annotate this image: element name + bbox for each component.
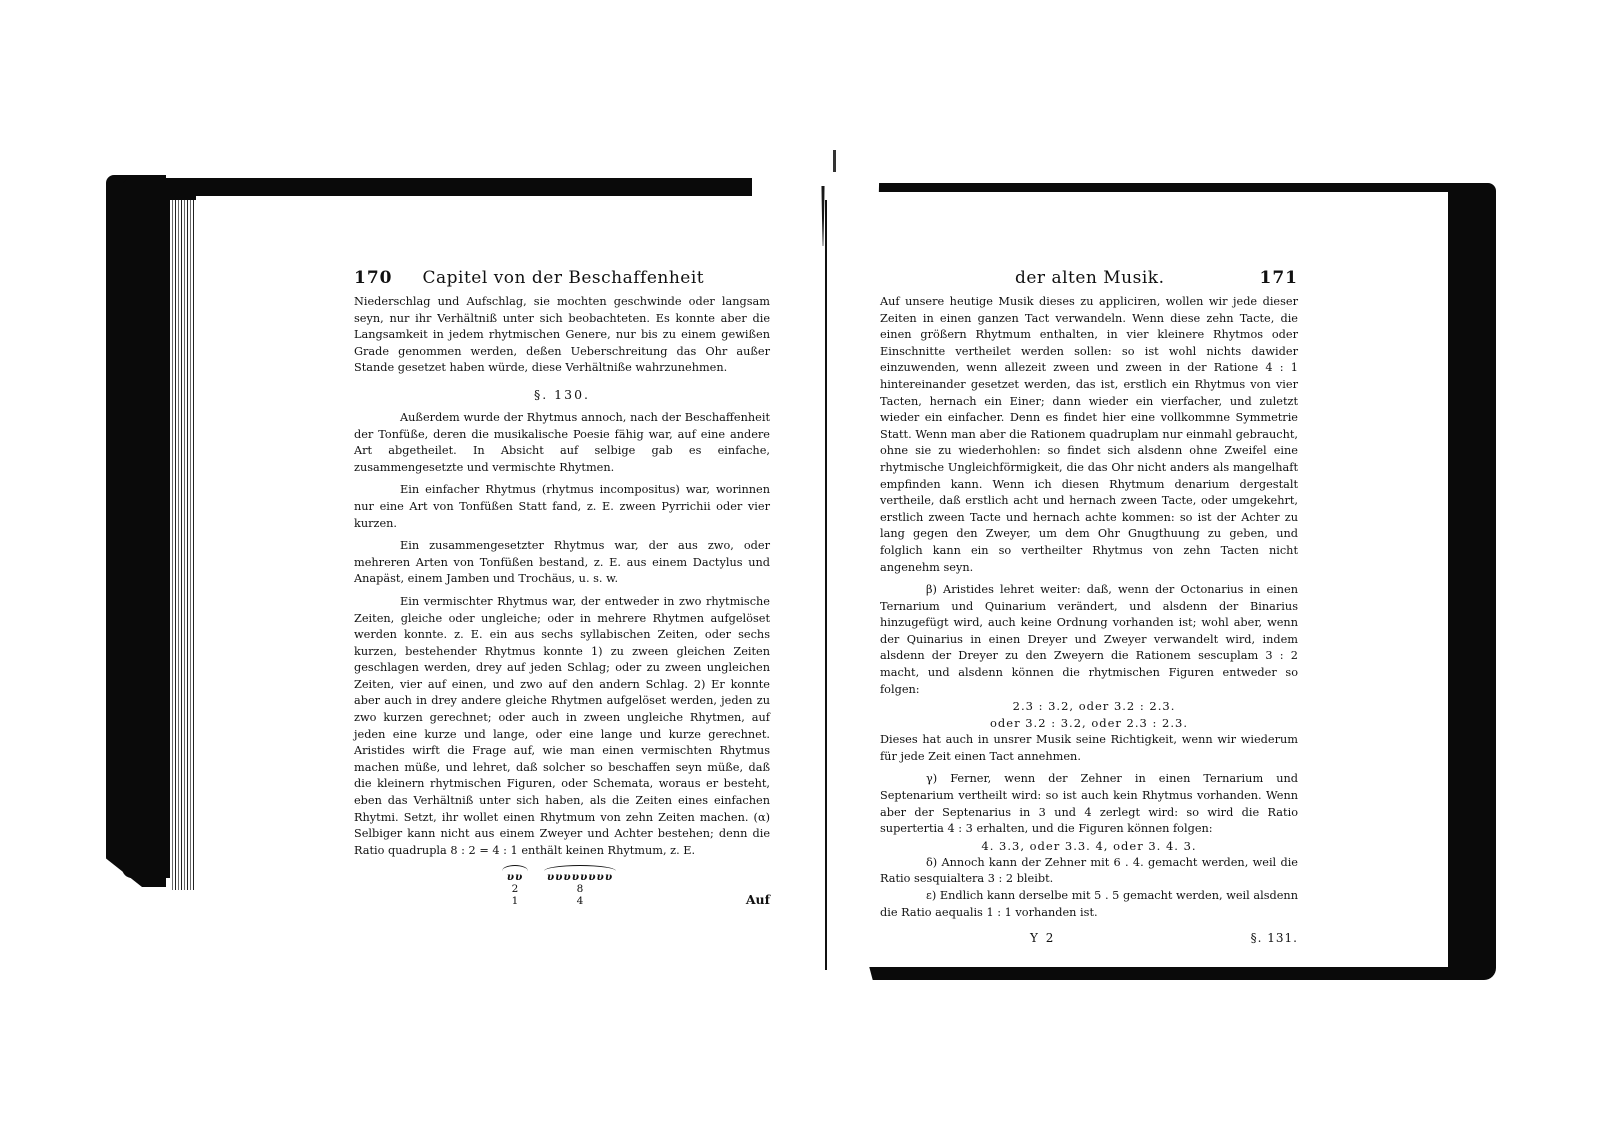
rhythm-notation: υυ 2 1 υυυυυυυυ 8 4 Auf (354, 865, 770, 909)
right-running-head: der alten Musik. 171 (880, 268, 1298, 290)
beta-conclusion: Dieses hat auch in unsrer Musik seine Ri… (880, 732, 1298, 765)
formula-line: oder 3.2 : 3.2, oder 2.3 : 2.3. (880, 715, 1298, 732)
page-number-right: 171 (1260, 268, 1299, 288)
intro-paragraph: Niederschlag und Aufschlag, sie mochten … (354, 294, 770, 377)
page-edges-left (170, 200, 198, 890)
gutter-mark (833, 150, 836, 172)
page-number-left: 170 (354, 268, 393, 288)
beta-paragraph: β) Aristides lehret weiter: daß, wenn de… (880, 582, 1298, 698)
notation-syllables: υυυυυυυυ (544, 871, 616, 883)
section-heading: §. 130. (354, 387, 770, 402)
left-running-head: 170 Capitel von der Beschaffenheit (354, 268, 770, 290)
next-section-catchword: §. 131. (1251, 931, 1298, 945)
page-footer: Y 2 §. 131. (880, 931, 1298, 945)
formula-line: 2.3 : 3.2, oder 3.2 : 2.3. (880, 698, 1298, 715)
formula-line: 4. 3.3, oder 3.3. 4, oder 3. 4. 3. (880, 838, 1298, 855)
delta-paragraph: δ) Annoch kann der Zehner mit 6 . 4. gem… (880, 855, 1298, 888)
paragraph: Ein zusammengesetzter Rhytmus war, der a… (354, 538, 770, 588)
notation-ratio: 1 (502, 895, 528, 907)
paragraph: Auf unsere heutige Musik dieses zu appli… (880, 294, 1298, 576)
gamma-paragraph: γ) Ferner, wenn der Zehner in einen Tern… (880, 771, 1298, 837)
notation-group: υυυυυυυυ 8 4 (544, 865, 616, 907)
book-gutter (825, 200, 827, 970)
right-page: der alten Musik. 171 Auf unsere heutige … (880, 268, 1298, 945)
paragraph: Ein einfacher Rhytmus (rhytmus incomposi… (354, 482, 770, 532)
paragraph: Ein vermischter Rhytmus war, der entwede… (354, 594, 770, 860)
notation-group: υυ 2 1 (502, 865, 528, 907)
notation-ratio: 4 (544, 895, 616, 907)
epsilon-paragraph: ε) Endlich kann derselbe mit 5 . 5 gemac… (880, 888, 1298, 921)
notation-syllables: υυ (502, 871, 528, 883)
notation-count: 2 (502, 883, 528, 895)
running-head-title-right: der alten Musik. (880, 268, 1260, 288)
left-page: 170 Capitel von der Beschaffenheit Niede… (354, 268, 770, 909)
signature-mark: Y 2 (1030, 931, 1055, 945)
notation-count: 8 (544, 883, 616, 895)
running-head-title-left: Capitel von der Beschaffenheit (423, 268, 771, 288)
catchword: Auf (746, 892, 770, 907)
paragraph: Außerdem wurde der Rhytmus annoch, nach … (354, 410, 770, 476)
